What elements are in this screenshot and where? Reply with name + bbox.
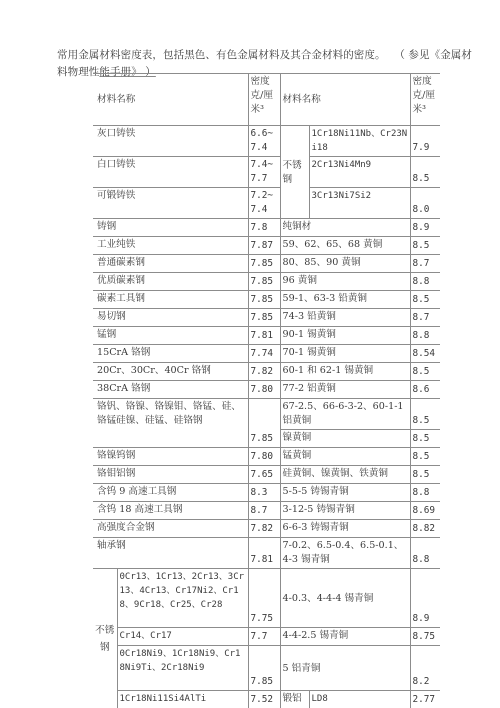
material-name: 普通碳素钢 (93, 255, 248, 273)
table-row: 含钨 9 高速工具钢 8.3 5-5-5 铸锡青铜 8.8 (93, 484, 440, 502)
material-name: 4-0.3、4-4-4 锡青铜 (280, 569, 410, 628)
density-value: 7.85 (248, 309, 280, 327)
header-density-right: 密度克/厘米³ (410, 74, 440, 126)
material-name: 4-4-2.5 锡青铜 (280, 628, 410, 646)
material-name: 铬钼铝钢 (93, 466, 248, 484)
density-value: 7.87 (248, 237, 280, 255)
density-value: 8.8 (410, 538, 440, 569)
table-row: 灰口铸铁 6.6~7.4 不锈钢 1Cr18Ni11Nb、Cr23Ni18 7.… (93, 126, 440, 157)
material-name: 77-2 铝黄铜 (280, 381, 410, 399)
density-value: 7.85 (248, 273, 280, 291)
material-name: 70-1 锡黄铜 (280, 345, 410, 363)
material-name: 15CrA 铬钢 (93, 345, 248, 363)
table-row: 38CrA 铬钢 7.80 77-2 铝黄铜 8.6 (93, 381, 440, 399)
material-name: 碳素工具钢 (93, 291, 248, 309)
density-value: 7.74 (248, 345, 280, 363)
table-row: 0Cr18Ni9、1Cr18Ni9、Cr18Ni9Ti、2Cr18Ni9 7.8… (93, 646, 440, 691)
density-value: 7.52 (248, 691, 280, 708)
table-row: 易切钢 7.85 74-3 铅黄铜 8.7 (93, 309, 440, 327)
header-name-left: 材料名称 (93, 74, 248, 126)
material-name: 80、85、90 黄铜 (280, 255, 410, 273)
header-row: 材料名称 密度克/厘米³ 材料名称 密度克/厘米³ (93, 74, 440, 126)
material-name: 3Cr13Ni7Si2 (309, 188, 410, 219)
density-value: 7.82 (248, 363, 280, 381)
material-name: 5 铝青铜 (280, 646, 410, 691)
material-name: 锰黄铜 (280, 448, 410, 466)
density-value: 7.85 (248, 399, 280, 448)
density-value: 6.6~7.4 (248, 126, 280, 157)
density-value: 8.7 (248, 502, 280, 520)
material-name: 高强度合金钢 (93, 520, 248, 538)
material-name: LD8 (309, 691, 410, 708)
density-value: 8.5 (410, 399, 440, 430)
material-name: 90-1 锡黄铜 (280, 327, 410, 345)
density-value: 7.80 (248, 381, 280, 399)
material-name: 67-2.5、66-6-3-2、60-1-1 铝黄铜 (280, 399, 410, 430)
table-row: 铸钢 7.8 纯铜材 8.9 (93, 219, 440, 237)
material-name: 3-12-5 铸锡青铜 (280, 502, 410, 520)
density-value: 8.2 (410, 646, 440, 691)
material-name: 20Cr、30Cr、40Cr 铬钢 (93, 363, 248, 381)
density-value: 8.9 (410, 219, 440, 237)
density-value: 8.8 (410, 327, 440, 345)
density-value: 7.85 (248, 255, 280, 273)
material-name: 2Cr13Ni4Mn9 (309, 157, 410, 188)
table-row: 20Cr、30Cr、40Cr 铬钢 7.82 60-1 和 62-1 锡黄铜 8… (93, 363, 440, 381)
header-density-left: 密度克/厘米³ (248, 74, 280, 126)
density-value: 8.75 (410, 628, 440, 646)
material-name: 优质碳素钢 (93, 273, 248, 291)
material-name: 含钨 18 高速工具钢 (93, 502, 248, 520)
material-name: 易切钢 (93, 309, 248, 327)
material-name: 可锻铸铁 (93, 188, 248, 219)
density-value: 8.9 (410, 569, 440, 628)
material-name: 纯铜材 (280, 219, 410, 237)
density-value: 8.5 (410, 466, 440, 484)
material-name: 0Cr18Ni9、1Cr18Ni9、Cr18Ni9Ti、2Cr18Ni9 (117, 646, 248, 691)
table-row: 铬钒、铬镍、铬镍钼、铬锰、硅、铬锰硅镍、硅锰、硅铬钢 7.85 67-2.5、6… (93, 399, 440, 430)
density-value: 2.77 (410, 691, 440, 708)
table-row: 不锈钢 0Cr13、1Cr13、2Cr13、3Cr13、4Cr13、Cr17Ni… (93, 569, 440, 628)
density-value: 7.82 (248, 520, 280, 538)
material-name: 工业纯铁 (93, 237, 248, 255)
table-row: 15CrA 铬钢 7.74 70-1 锡黄铜 8.54 (93, 345, 440, 363)
intro-text: 常用金属材料密度表，包括黑色、有色金属材料及其合金材料的密度。 (57, 49, 386, 61)
density-value: 8.8 (410, 484, 440, 502)
material-name: 96 黄铜 (280, 273, 410, 291)
table-row: 含钨 18 高速工具钢 8.7 3-12-5 铸锡青铜 8.69 (93, 502, 440, 520)
material-name: 7-0.2、6.5-0.4、6.5-0.1、4-3 锡青铜 (280, 538, 410, 569)
density-value: 8.3 (248, 484, 280, 502)
material-name: 59、62、65、68 黄铜 (280, 237, 410, 255)
material-name: 74-3 铅黄铜 (280, 309, 410, 327)
table-row: Cr14、Cr17 7.7 4-4-2.5 锡青铜 8.75 (93, 628, 440, 646)
table-row: 铬镍钨钢 7.80 锰黄铜 8.5 (93, 448, 440, 466)
density-value: 7.9 (410, 126, 440, 157)
material-name: 6-6-3 铸锡青铜 (280, 520, 410, 538)
density-value: 7.81 (248, 538, 280, 569)
material-name: 铸钢 (93, 219, 248, 237)
density-value: 8.8 (410, 273, 440, 291)
density-value: 7.85 (248, 291, 280, 309)
table-row: 可锻铸铁 7.2~7.4 3Cr13Ni7Si2 8.0 (93, 188, 440, 219)
density-value: 7.2~7.4 (248, 188, 280, 219)
reference-text: （ 参见《金属材 (400, 49, 472, 61)
density-value: 8.69 (410, 502, 440, 520)
table-row: 碳素工具钢 7.85 59-1、63-3 铅黄铜 8.5 (93, 291, 440, 309)
density-table: 材料名称 密度克/厘米³ 材料名称 密度克/厘米³ 灰口铸铁 6.6~7.4 不… (93, 73, 440, 708)
table-row: 白口铸铁 7.4~7.7 2Cr13Ni4Mn9 8.5 (93, 157, 440, 188)
density-value: 7.4~7.7 (248, 157, 280, 188)
density-value: 8.5 (410, 363, 440, 381)
forged-aluminum-label: 锻铝 (280, 691, 309, 708)
table-row: 1Cr18Ni11Si4AlTi 7.52 锻铝 LD8 2.77 (93, 691, 440, 708)
density-value: 8.5 (410, 291, 440, 309)
material-name: 硅黄铜、镍黄铜、铁黄铜 (280, 466, 410, 484)
material-name: 锰钢 (93, 327, 248, 345)
material-name: 1Cr18Ni11Nb、Cr23Ni18 (309, 126, 410, 157)
stainless-group-label: 不锈钢 (280, 126, 309, 219)
table-row: 高强度合金钢 7.82 6-6-3 铸锡青铜 8.82 (93, 520, 440, 538)
density-value: 7.80 (248, 448, 280, 466)
density-value: 8.5 (410, 430, 440, 448)
material-name: 59-1、63-3 铅黄铜 (280, 291, 410, 309)
table-row: 轴承钢 7.81 7-0.2、6.5-0.4、6.5-0.1、4-3 锡青铜 8… (93, 538, 440, 569)
material-name: 38CrA 铬钢 (93, 381, 248, 399)
table-row: 工业纯铁 7.87 59、62、65、68 黄铜 8.5 (93, 237, 440, 255)
density-value: 8.5 (410, 157, 440, 188)
material-name: 5-5-5 铸锡青铜 (280, 484, 410, 502)
density-value: 8.7 (410, 309, 440, 327)
density-value: 8.5 (410, 448, 440, 466)
material-name: 含钨 9 高速工具钢 (93, 484, 248, 502)
density-value: 7.75 (248, 569, 280, 628)
density-value: 8.7 (410, 255, 440, 273)
material-name: 0Cr13、1Cr13、2Cr13、3Cr13、4Cr13、Cr17Ni2、Cr… (117, 569, 248, 628)
header-name-right: 材料名称 (280, 74, 410, 126)
table-row: 铬钼铝钢 7.65 硅黄铜、镍黄铜、铁黄铜 8.5 (93, 466, 440, 484)
table-row: 优质碳素钢 7.85 96 黄铜 8.8 (93, 273, 440, 291)
density-value: 8.5 (410, 237, 440, 255)
material-name: 白口铸铁 (93, 157, 248, 188)
table-row: 普通碳素钢 7.85 80、85、90 黄铜 8.7 (93, 255, 440, 273)
density-value: 8.6 (410, 381, 440, 399)
density-value: 7.8 (248, 219, 280, 237)
material-name: 轴承钢 (93, 538, 248, 569)
table-row: 锰钢 7.81 90-1 锡黄铜 8.8 (93, 327, 440, 345)
stainless-group-label: 不锈钢 (93, 569, 117, 708)
material-name: Cr14、Cr17 (117, 628, 248, 646)
density-value: 7.7 (248, 628, 280, 646)
material-name: 铬钒、铬镍、铬镍钼、铬锰、硅、铬锰硅镍、硅锰、硅铬钢 (93, 399, 248, 448)
density-value: 7.81 (248, 327, 280, 345)
material-name: 镍黄铜 (280, 430, 410, 448)
material-name: 铬镍钨钢 (93, 448, 248, 466)
density-value: 7.85 (248, 646, 280, 691)
density-value: 8.0 (410, 188, 440, 219)
density-value: 8.82 (410, 520, 440, 538)
material-name: 灰口铸铁 (93, 126, 248, 157)
density-value: 7.65 (248, 466, 280, 484)
material-name: 60-1 和 62-1 锡黄铜 (280, 363, 410, 381)
material-name: 1Cr18Ni11Si4AlTi (117, 691, 248, 708)
density-value: 8.54 (410, 345, 440, 363)
